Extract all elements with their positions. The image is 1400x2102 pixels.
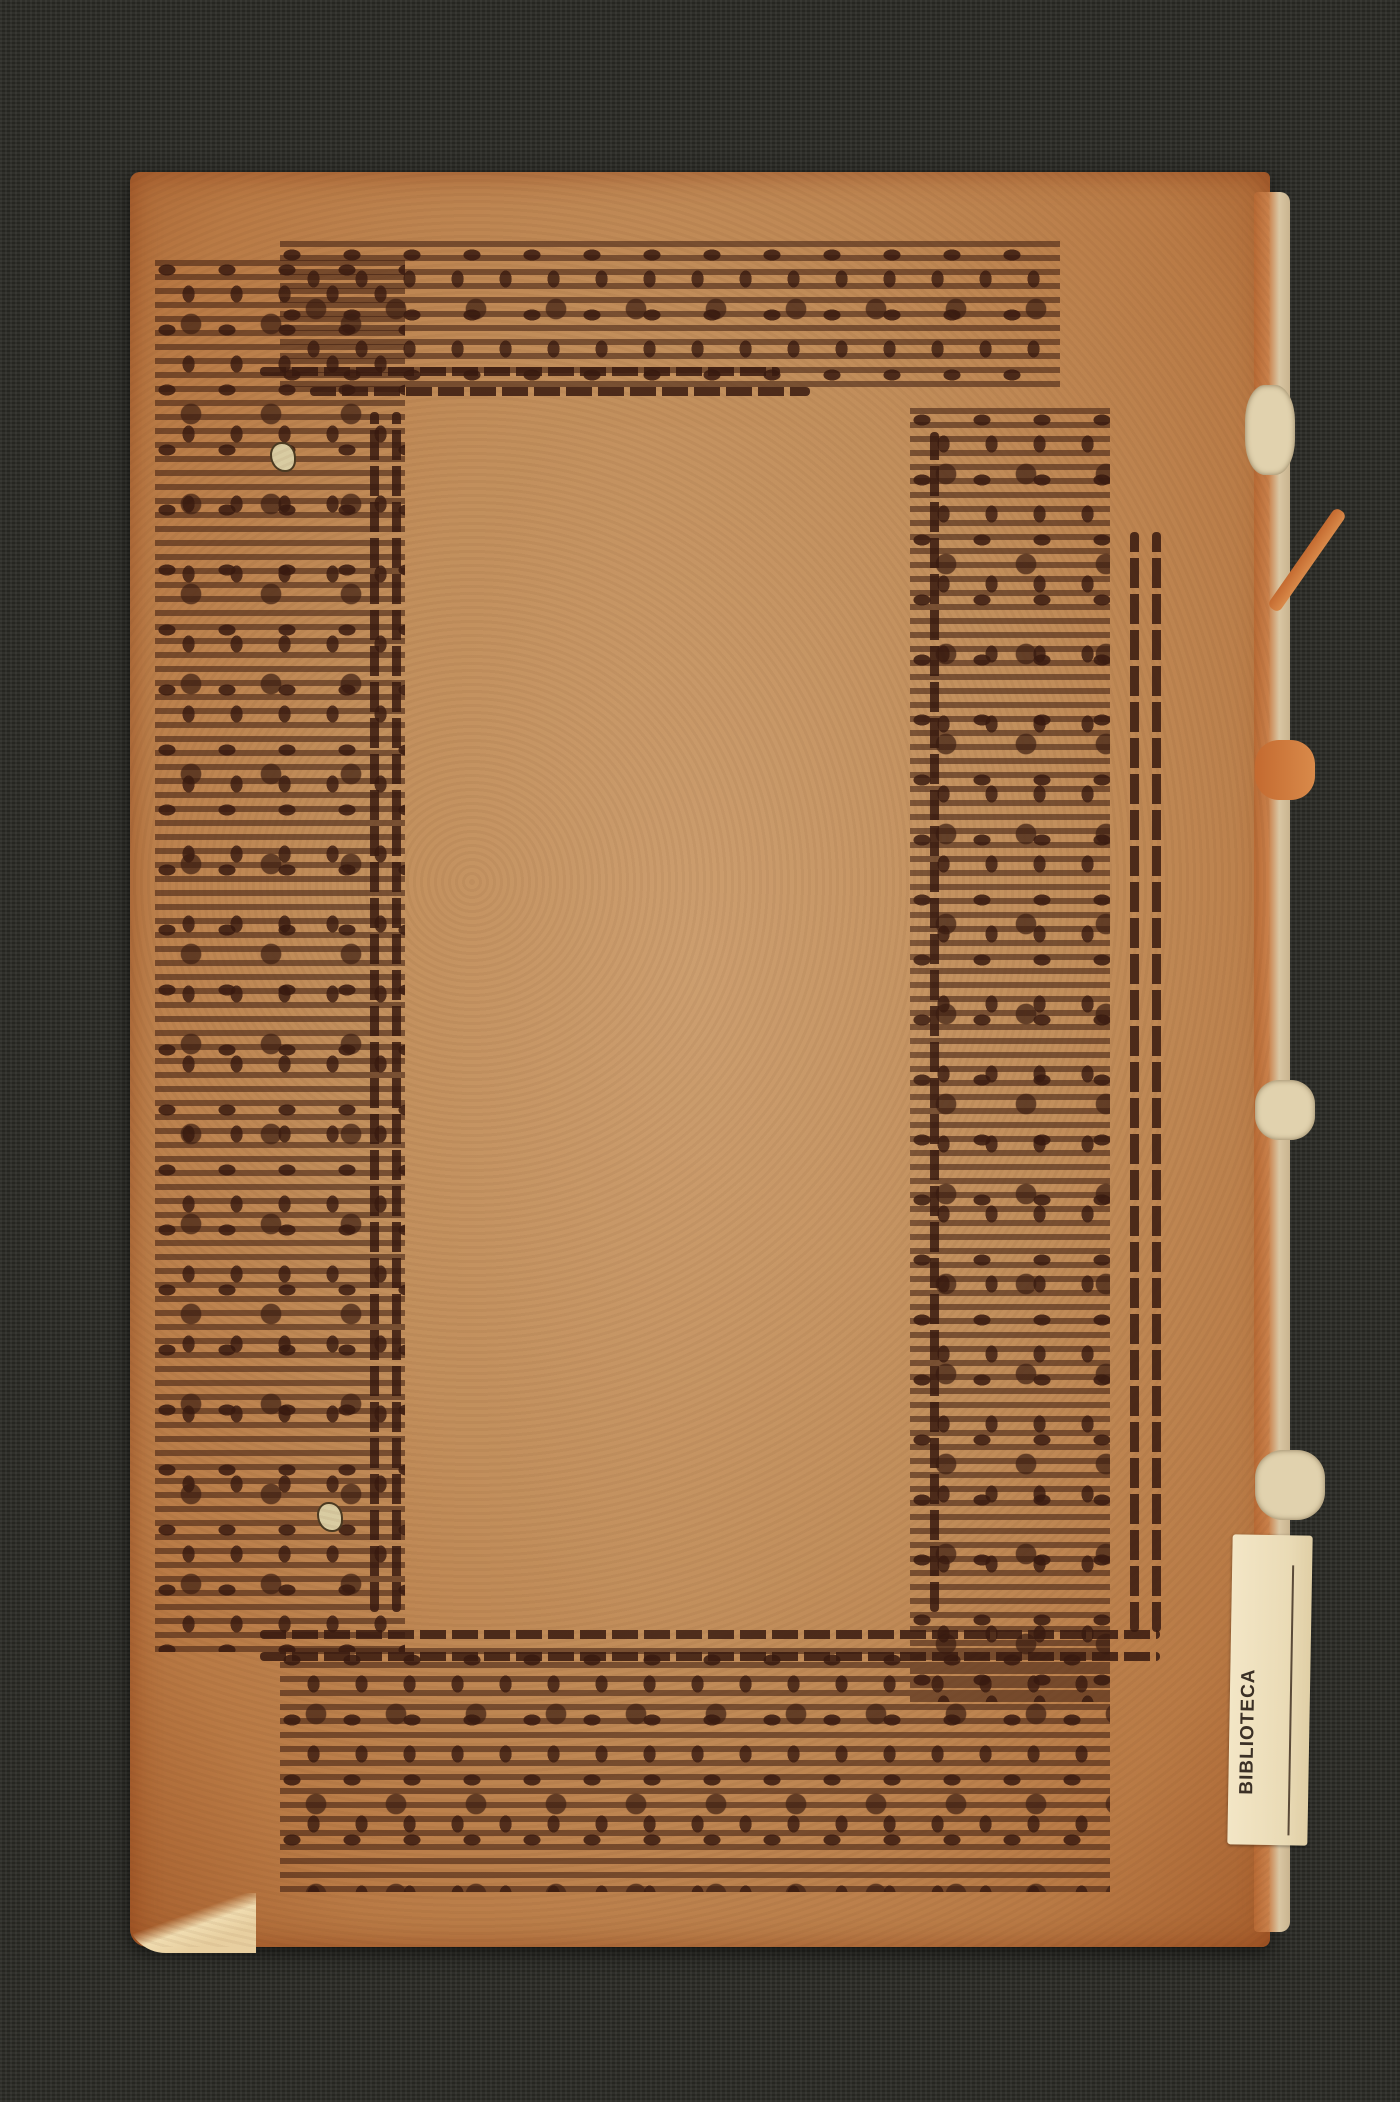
fillet-rule bbox=[392, 412, 401, 1612]
worn-corner bbox=[126, 1893, 256, 1953]
fillet-rule bbox=[370, 412, 379, 1612]
nail-hole bbox=[270, 442, 296, 472]
binding-tie bbox=[1255, 1080, 1315, 1140]
nail-hole bbox=[317, 1502, 343, 1532]
fillet-rule bbox=[1152, 532, 1161, 1632]
fillet-rule bbox=[310, 387, 810, 396]
library-label: BIBLIOTECA bbox=[1227, 1534, 1312, 1845]
book-cover bbox=[130, 172, 1270, 1947]
central-panel bbox=[430, 427, 950, 1687]
label-rule bbox=[1287, 1565, 1294, 1835]
fillet-rule bbox=[260, 367, 780, 376]
label-text: BIBLIOTECA bbox=[1236, 1594, 1261, 1794]
binding-tie bbox=[1245, 385, 1295, 475]
binding-tie bbox=[1255, 1450, 1325, 1520]
fillet-rule bbox=[1130, 532, 1139, 1632]
leather-strap bbox=[1255, 740, 1315, 800]
